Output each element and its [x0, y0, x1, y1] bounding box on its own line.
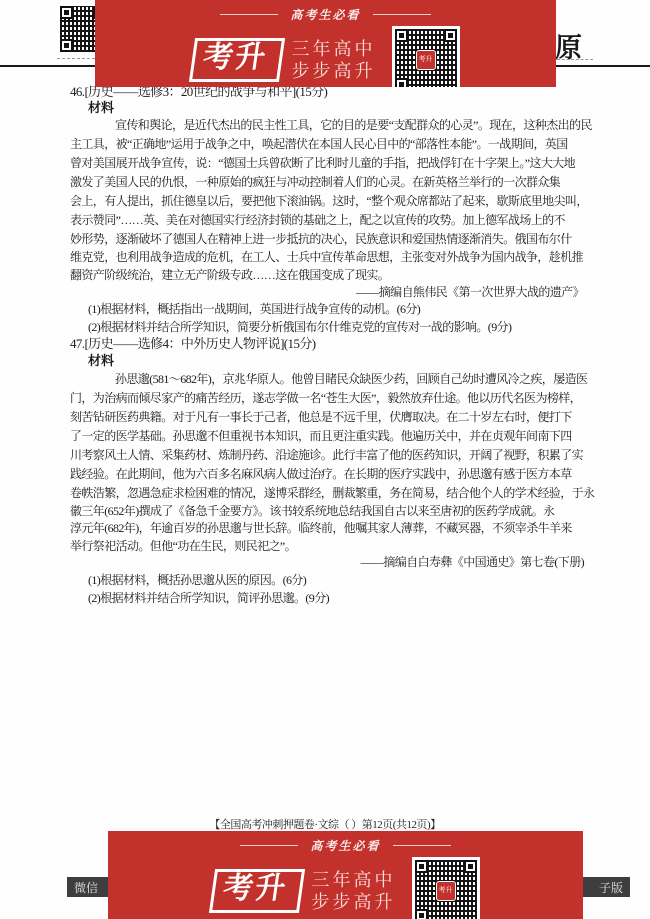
banner-tagline: 高考生必看 — [290, 6, 360, 23]
qr-finder-icon — [415, 860, 428, 873]
q46-subquestion-2: (2)根据材料并结合所学知识，简要分析俄国布尔什维克党的宣传对一战的影响。(9分… — [88, 320, 511, 335]
banner-qr-code: 考升 — [412, 857, 480, 919]
banner-slogan: 三年高中 步步高升 — [312, 869, 396, 914]
qr-finder-icon — [395, 78, 408, 87]
q47-material-line: 刻苦钻研医药典籍。对于凡有一事长于己者，他总是不远千里，伏膺取决。在二十岁左右时… — [70, 410, 572, 425]
q46-material-line: 维克党，也利用战争造成的危机，在工人、士兵中宣传革命思想，主张变对外战争为国内战… — [70, 250, 583, 265]
dashed-line-right — [557, 59, 593, 60]
qr-finder-icon — [60, 39, 73, 52]
q47-material-line: 了一定的医学基础。孙思邈不但重视书本知识，而且更注重实践。他遍历关中，并在贞观年… — [70, 429, 572, 444]
dashed-line-left — [57, 58, 95, 59]
q46-material-line: 表示赞同”……英、美在对德国实行经济封锁的基础之上，配之以宣传的攻势。加上德军战… — [70, 213, 565, 228]
tagline-right-line — [373, 14, 431, 15]
banner-tagline-row: 高考生必看 — [108, 837, 583, 854]
q46-material-line: 翻资产阶级统治，建立无产阶级专政……这在俄国变成了现实。 — [70, 268, 389, 283]
kaosheng-logo-text: 考升 — [201, 43, 269, 73]
banner-tagline-row: 高考生必看 — [95, 6, 556, 23]
qr-finder-icon — [60, 6, 73, 19]
promo-banner-top: 高考生必看 考升 三年高中 步步高升 考升 — [95, 0, 556, 87]
question-47-material-label: 材料 — [88, 353, 114, 368]
q46-material-line: 宣传和舆论，是近代杰出的民主性工具，它的目的是要“支配群众的心灵”。现在，这种杰… — [115, 118, 592, 133]
q47-material-line: 门，为治病而倾尽家产的痛苦经历，遂志学做一名“苍生大医”，毅然放弃仕途。他以历代… — [70, 391, 581, 406]
tagline-left-line — [220, 14, 278, 15]
bottom-bar-right-fragment: 子版 — [599, 879, 623, 896]
banner-main-row: 考升 三年高中 步步高升 考升 — [95, 26, 556, 87]
question-47-title-text: [历史——选修4：中外历史人物评说](15分) — [84, 336, 315, 351]
question-47-number: 47. — [70, 336, 84, 351]
q46-material-line: 会上，有人提出，抓住德皇以后，要把他下滚油锅。这时，“整个观众席都站了起来，歇斯… — [70, 194, 588, 209]
q47-subquestion-1: (1)根据材料，概括孙思邈从医的原因。(6分) — [88, 573, 306, 588]
q46-source-citation: ——摘编自熊伟民《第一次世界大战的遗产》 — [356, 285, 584, 300]
qr-finder-icon — [464, 860, 477, 873]
q47-material-line: 徽三年(652年)撰成了《备急千金要方》。该书较系统地总结我国自古以来至唐初的医… — [70, 504, 554, 519]
q46-material-line: 激发了美国人民的仇恨，一种原始的疯狂与冲动控制着人们的心灵。在新英格兰举行的一次… — [70, 175, 560, 190]
q47-material-line: 孙思邈(581～682年)，京兆华原人。他曾目睹民众缺医少药，回顾自己幼时遭风冷… — [115, 372, 587, 387]
banner-slogan-line1: 三年高中 — [312, 869, 396, 892]
qr-center-logo: 考升 — [416, 50, 436, 70]
qr-center-logo: 考升 — [436, 881, 456, 901]
q46-subquestion-1: (1)根据材料，概括指出一战期间，英国进行战争宣传的动机。(6分) — [88, 302, 420, 317]
banner-slogan-line2: 步步高升 — [292, 60, 376, 83]
page-footer-text: 【全国高考冲刺押题卷·文综（ ）第12页(共12页)】 — [0, 816, 650, 832]
q46-material-line: 主工具，被“正确地”运用于战争之中，唤起潜伏在本国人民心目中的“部落性本能”。一… — [70, 137, 568, 152]
qr-finder-icon — [444, 29, 457, 42]
q47-material-line: 举行祭祀活动。但他“功在生民，则民祀之”。 — [70, 539, 296, 554]
tagline-left-line — [240, 845, 298, 846]
kaosheng-logo: 考升 — [208, 869, 304, 913]
kaosheng-logo: 考升 — [188, 38, 284, 82]
qr-finder-icon — [395, 29, 408, 42]
q46-material-line: 曾对美国展开战争宣传，说：“德国士兵曾砍断了比利时儿童的手指，把战俘钉在十字架上… — [70, 156, 575, 171]
banner-main-row: 考升 三年高中 步步高升 考升 — [108, 857, 583, 919]
q47-source-citation: ——摘编自白寿彝《中国通史》第七卷(下册) — [361, 555, 584, 570]
banner-slogan-line1: 三年高中 — [292, 38, 376, 61]
q47-material-line: 川考察风土人情、采集药材、炼制丹药、沿途施诊。此行丰富了他的医药知识，开阔了视野… — [70, 448, 583, 463]
q47-material-line: 践经验。在此期间，他为六百多名麻风病人做过治疗。在长期的医疗实践中，孙思邈有感于… — [70, 467, 572, 482]
question-46-number: 46. — [70, 84, 84, 99]
banner-slogan: 三年高中 步步高升 — [292, 38, 376, 83]
question-46-material-label: 材料 — [88, 100, 114, 115]
q47-subquestion-2: (2)根据材料并结合所学知识，简评孙思邈。(9分) — [88, 591, 329, 606]
q46-material-line: 妙形势，逐渐破坏了德国人在精神上进一步抵抗的决心，民族意识和爱国热情逐渐消失。俄… — [70, 232, 572, 247]
question-47-title: 47.[历史——选修4：中外历史人物评说](15分) — [70, 336, 315, 351]
banner-qr-code: 考升 — [392, 26, 460, 87]
promo-banner-bottom: 高考生必看 考升 三年高中 步步高升 考升 — [108, 831, 583, 919]
qr-finder-icon — [415, 909, 428, 919]
banner-slogan-line2: 步步高升 — [312, 891, 396, 914]
banner-tagline: 高考生必看 — [310, 837, 380, 854]
bottom-bar-left-fragment: 微信 — [74, 879, 98, 896]
q47-material-line: 卷帙浩繁，忽遇急症求检困难的情况，遂博采群经，删裁繁重，务在简易，结合他个人的学… — [70, 486, 594, 501]
q47-material-line: 淳元年(682年)，年逾百岁的孙思邈与世长辞。临终前，他嘱其家人薄葬，不藏冥器，… — [70, 521, 572, 536]
exam-page: 原 46.[历史——选修3：20世纪的战争与和平](15分) 材料 宣传和舆论，… — [0, 0, 650, 919]
kaosheng-logo-text: 考升 — [221, 874, 289, 904]
tagline-right-line — [393, 845, 451, 846]
